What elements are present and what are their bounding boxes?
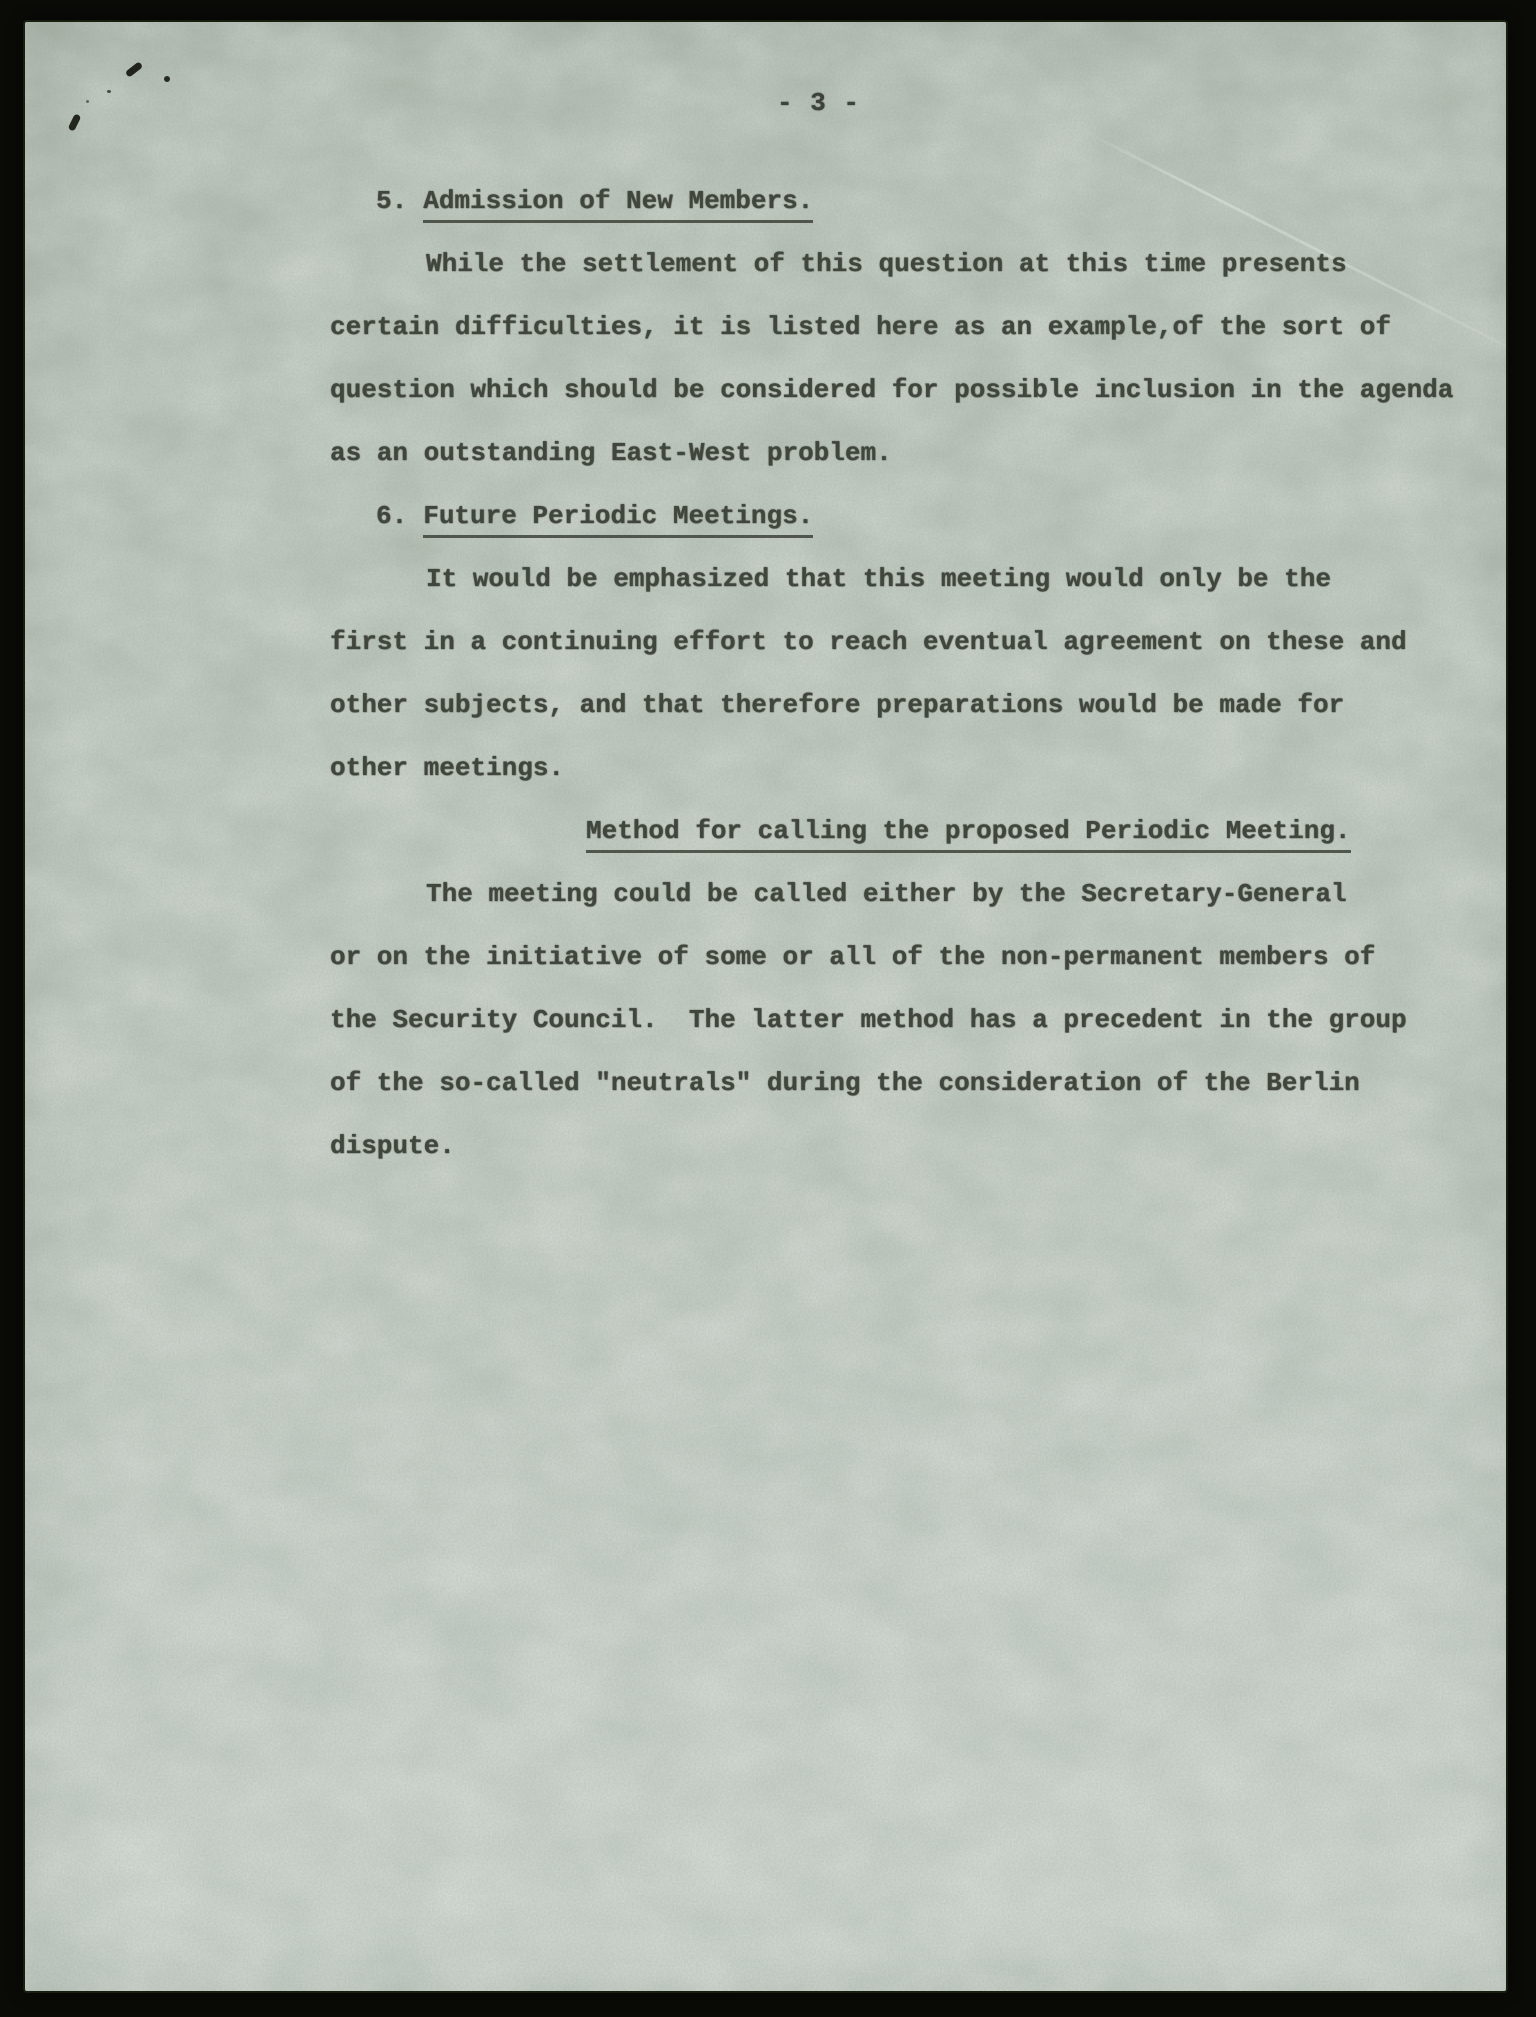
ink-speck: [86, 100, 89, 103]
typewritten-text: 5.Admission of New Members. While the se…: [330, 170, 1506, 1178]
section-5-line: While the settlement of this question at…: [330, 233, 1506, 296]
section-5-line: question which should be considered for …: [330, 359, 1506, 422]
section-5-heading: 5.Admission of New Members.: [330, 170, 1506, 233]
ink-speck: [107, 90, 111, 93]
method-heading-text: Method for calling the proposed Periodic…: [586, 816, 1351, 853]
method-line: The meeting could be called either by th…: [330, 863, 1506, 926]
section-6-number: 6.: [376, 501, 407, 531]
paper-sheet: - 3 - 5.Admission of New Members. While …: [25, 22, 1506, 1991]
section-6-title: Future Periodic Meetings.: [423, 501, 813, 538]
ink-speck: [125, 61, 143, 78]
scanned-document-page: - 3 - 5.Admission of New Members. While …: [0, 0, 1536, 2017]
method-line: dispute.: [330, 1115, 1506, 1178]
ink-speck: [68, 113, 82, 131]
section-6-line: other subjects, and that therefore prepa…: [330, 674, 1506, 737]
section-5-number: 5.: [376, 186, 407, 216]
method-line: the Security Council. The latter method …: [330, 989, 1506, 1052]
method-line: or on the initiative of some or all of t…: [330, 926, 1506, 989]
section-5-line: as an outstanding East-West problem.: [330, 422, 1506, 485]
ink-speck: [164, 76, 170, 82]
section-6-line: first in a continuing effort to reach ev…: [330, 611, 1506, 674]
section-5-title: Admission of New Members.: [423, 186, 813, 223]
section-6-heading: 6.Future Periodic Meetings.: [330, 485, 1506, 548]
page-number: - 3 -: [777, 88, 860, 118]
method-heading: Method for calling the proposed Periodic…: [330, 800, 1506, 863]
method-line: of the so-called "neutrals" during the c…: [330, 1052, 1506, 1115]
section-5-line: certain difficulties, it is listed here …: [330, 296, 1506, 359]
section-6-line: It would be emphasized that this meeting…: [330, 548, 1506, 611]
section-6-line: other meetings.: [330, 737, 1506, 800]
